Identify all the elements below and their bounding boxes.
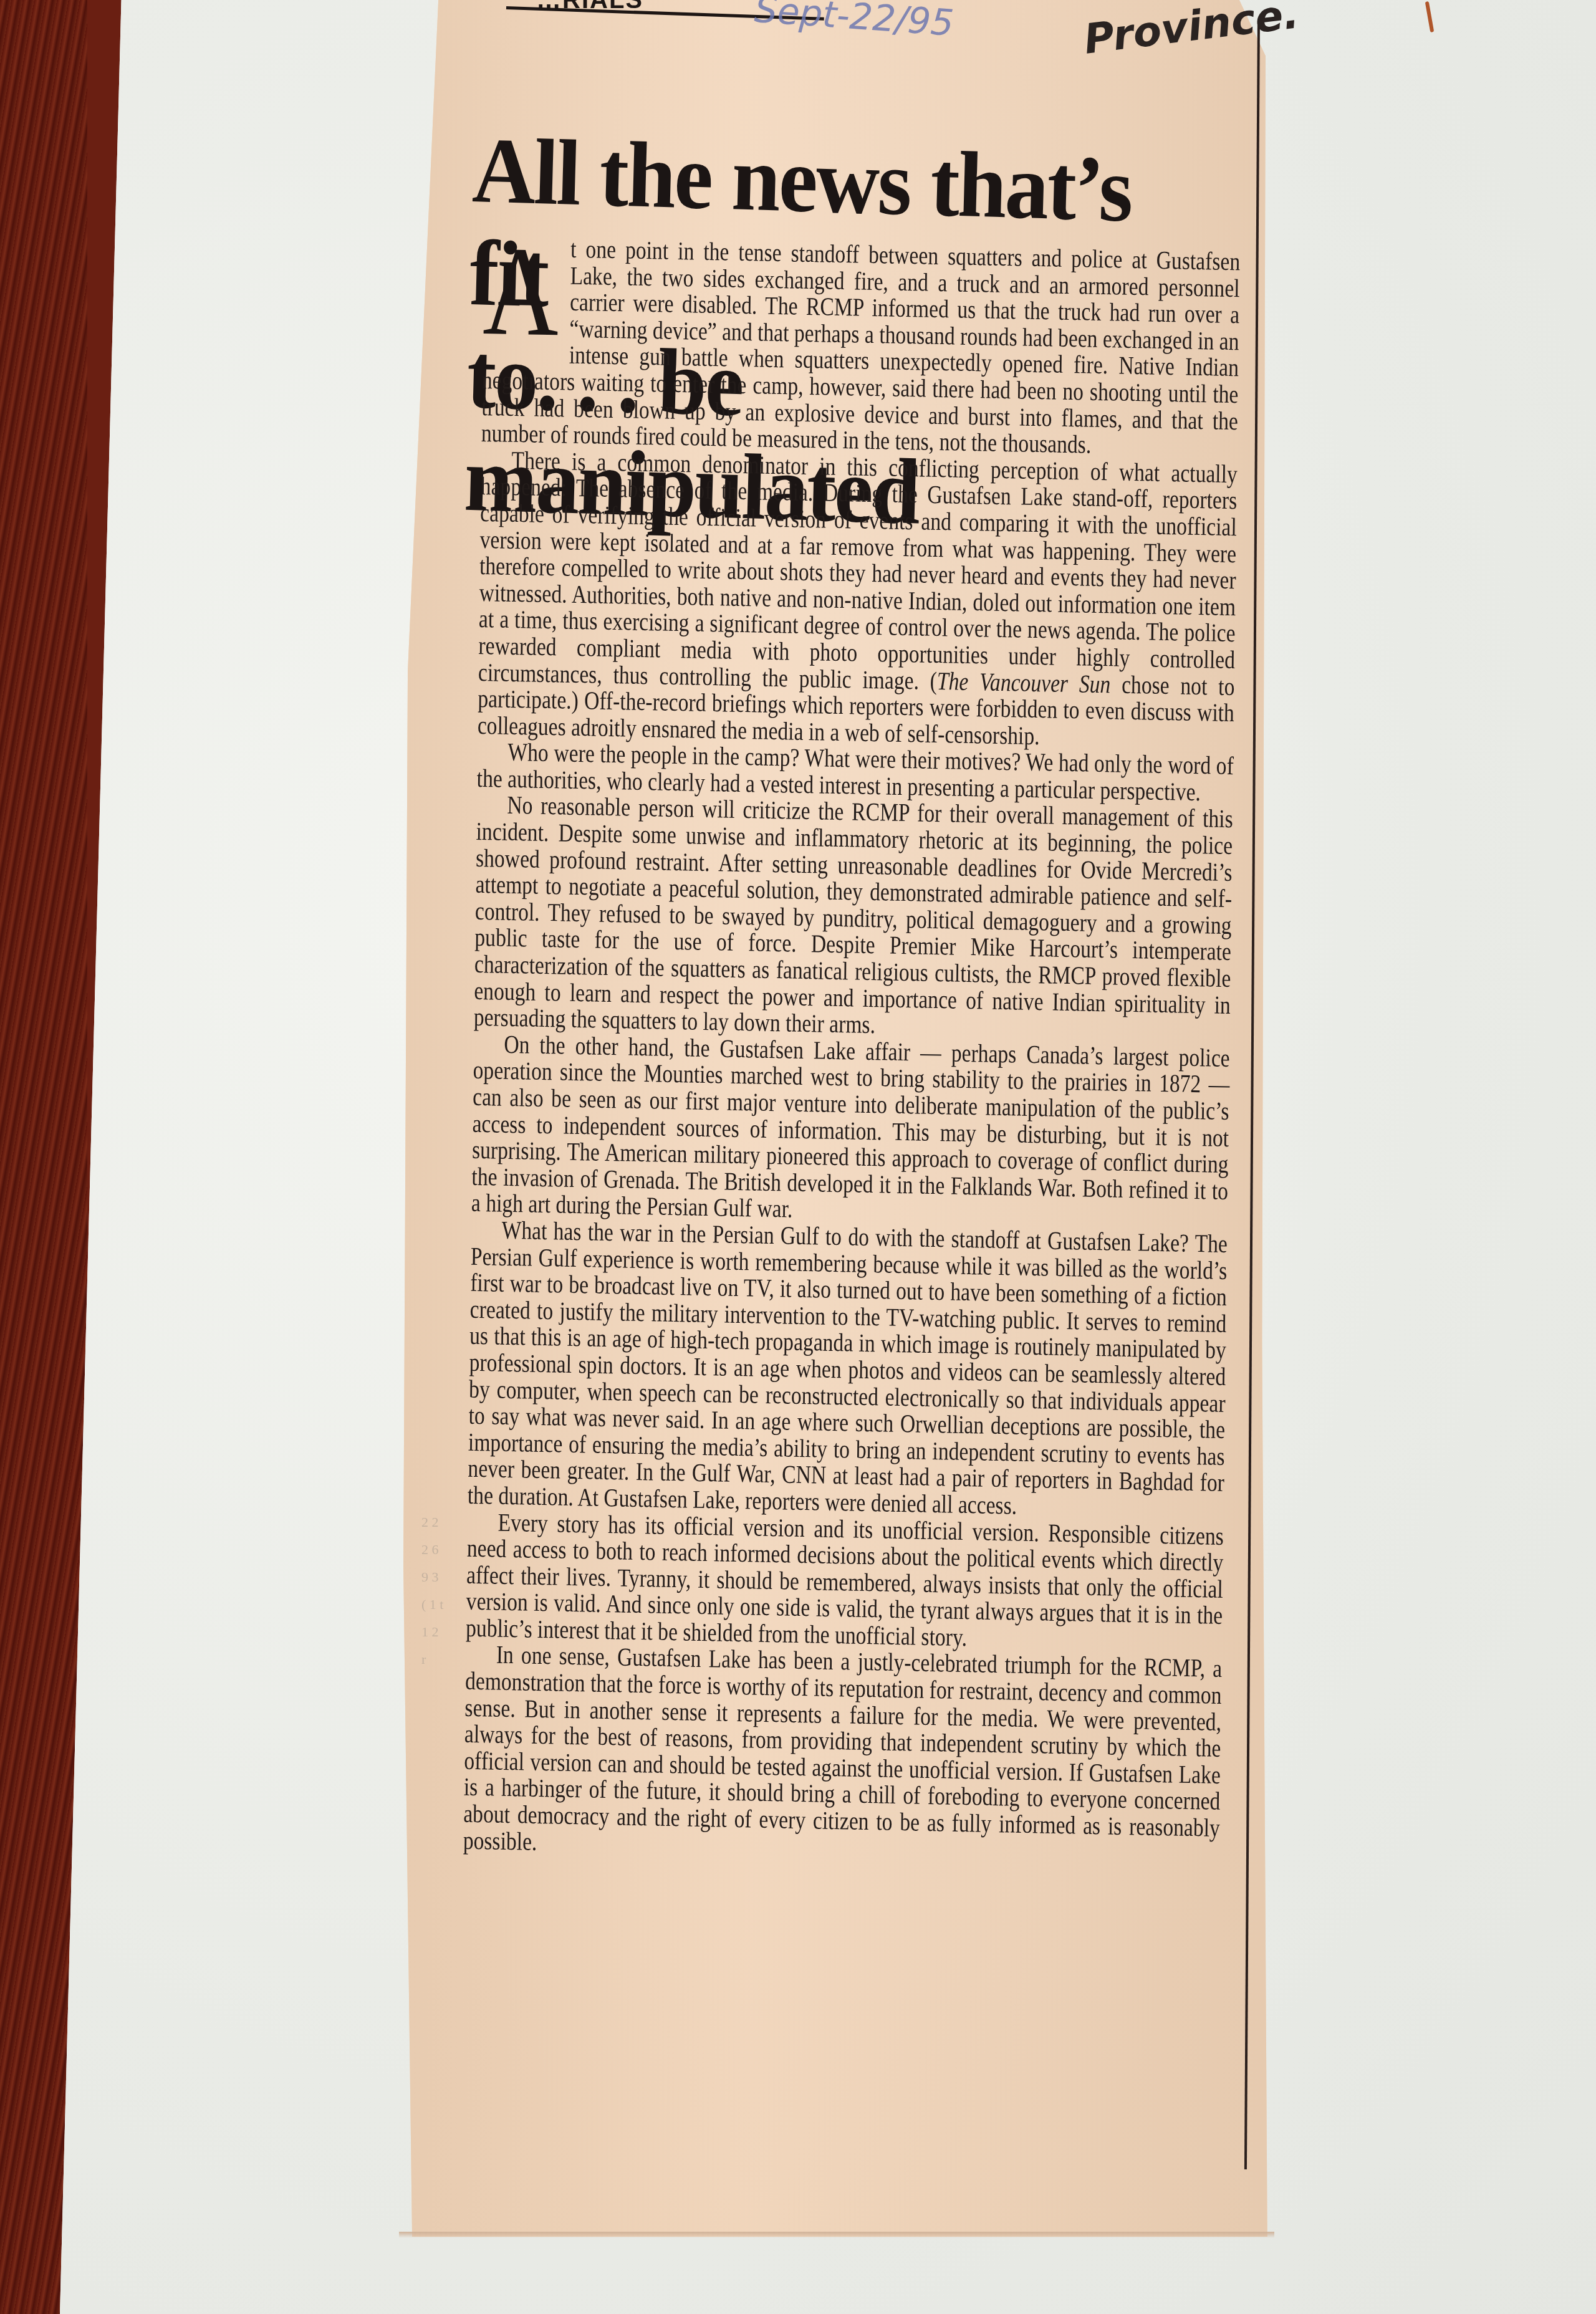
paragraph-7: Every story has its official version and…	[466, 1508, 1224, 1655]
paragraph-4: No reasonable person will criticize the …	[474, 791, 1233, 1045]
paragraph-6: What has the war in the Persian Gulf to …	[468, 1216, 1228, 1523]
drop-cap: A	[483, 239, 560, 345]
paragraph-1: At one point in the tense standoff betwe…	[481, 234, 1241, 461]
paragraph-5: On the other hand, the Gustafsen Lake af…	[471, 1030, 1230, 1231]
article-body: At one point in the tense standoff betwe…	[463, 234, 1241, 1868]
paragraph-8: In one sense, Gustafsen Lake has been a …	[463, 1641, 1223, 1868]
paragraph-2: There is a common denominator in this co…	[478, 446, 1238, 753]
torn-bottom-edge	[399, 2232, 1274, 2238]
margin-pencil-marks: 2 2 2 6 9 3 ( 1 t 1 2 r	[421, 1509, 446, 1673]
faint-pencil-annotation	[143, 12, 218, 218]
